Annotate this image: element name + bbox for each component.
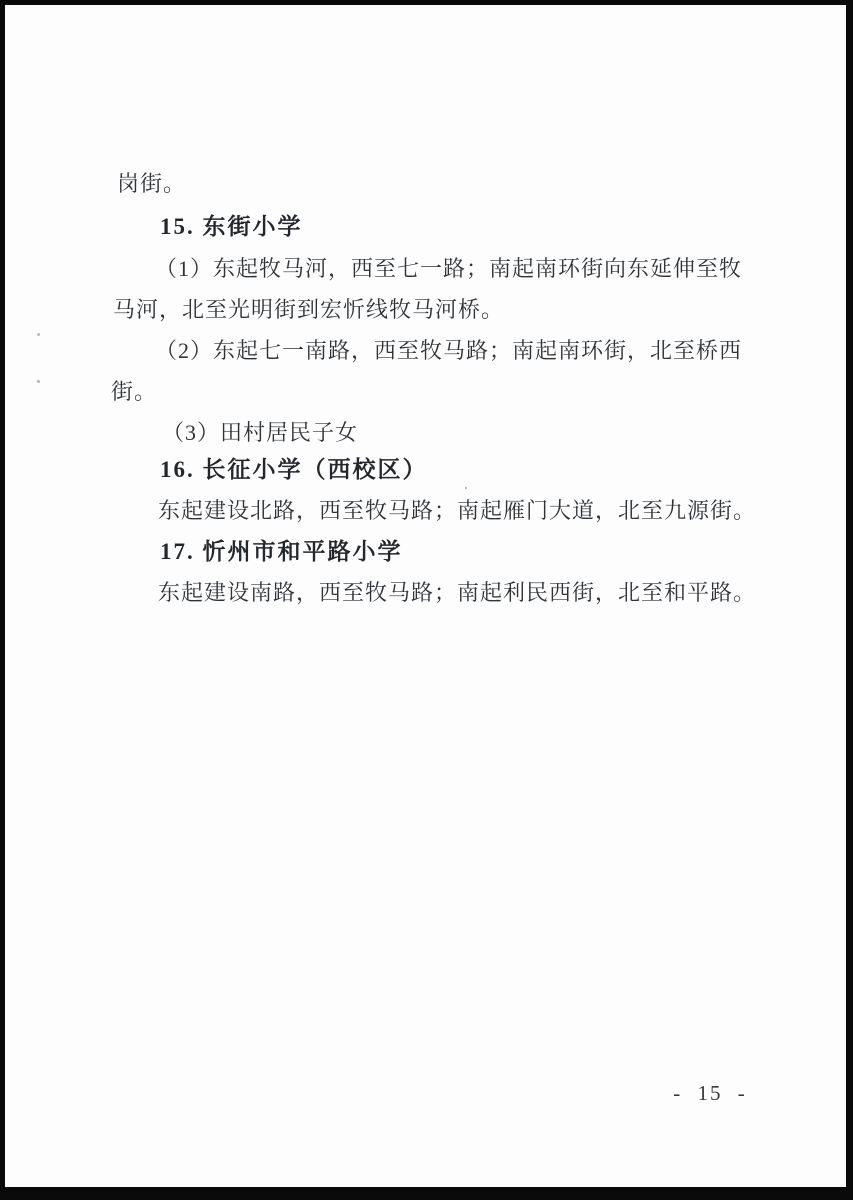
scan-speckle [465, 487, 467, 489]
scan-speckle [37, 333, 40, 336]
section-heading-17: 17. 忻州市和平路小学 [160, 538, 403, 566]
page-number: - 15 - [645, 1081, 775, 1106]
scan-speckle [117, 382, 119, 385]
paragraph-line: （1）东起牧马河，西至七一路；南起南环街向东延伸至牧 [155, 255, 742, 283]
paragraph-line: 东起建设北路，西至牧马路；南起雁门大道，北至九源街。 [158, 497, 756, 525]
scan-speckle [37, 380, 40, 383]
section-heading-15: 15. 东街小学 [160, 213, 303, 241]
paragraph-line: 东起建设南路，西至牧马路；南起利民西街，北至和平路。 [158, 579, 756, 607]
document-page: 岗街。 15. 东街小学 （1）东起牧马河，西至七一路；南起南环街向东延伸至牧 … [5, 5, 846, 1187]
section-heading-16: 16. 长征小学（西校区） [160, 456, 428, 484]
paragraph-line: 岗街。 [117, 170, 186, 198]
paragraph-line: （3）田村居民子女 [162, 419, 358, 447]
paragraph-line: （2）东起七一南路，西至牧马路；南起南环街，北至桥西 [155, 337, 742, 365]
paragraph-line: 马河，北至光明街到宏忻线牧马河桥。 [113, 296, 504, 324]
